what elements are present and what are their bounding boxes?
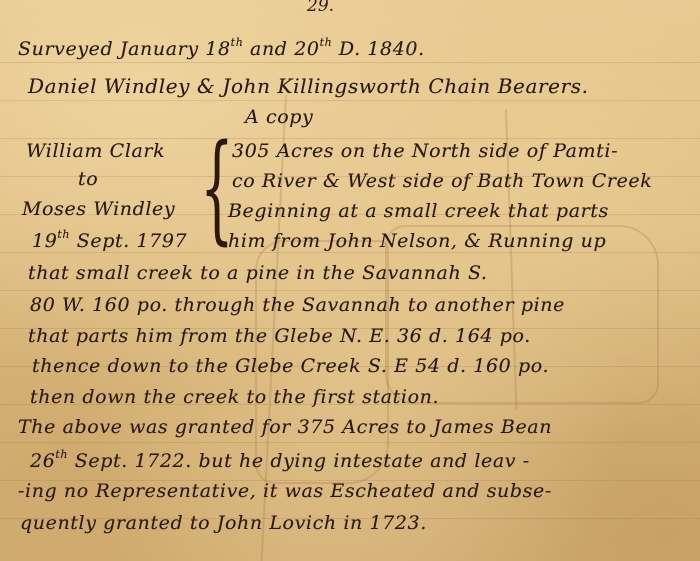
superscript: th (320, 36, 333, 49)
body-line: The above was granted for 375 Acres to J… (18, 416, 552, 438)
body-line: 80 W. 160 po. through the Savannah to an… (30, 294, 565, 316)
copy-note: A copy (245, 106, 313, 128)
body-line: that small creek to a pine in the Savann… (28, 262, 488, 284)
grantor-name: William Clark (26, 140, 165, 162)
date-day: 19 (32, 230, 57, 252)
manuscript-page: 29. Surveyed January 18th and 20th D. 18… (0, 0, 700, 561)
to-label: to (78, 168, 98, 190)
superscript: th (231, 36, 244, 49)
survey-text: D. 1840. (332, 38, 424, 60)
body-line: him from John Nelson, & Running up (228, 230, 606, 252)
grantee-name: Moses Windley (22, 198, 175, 220)
grant-date: 19th Sept. 1797 (32, 228, 187, 252)
ruled-line (0, 252, 700, 253)
chain-bearers-line: Daniel Windley & John Killingsworth Chai… (28, 74, 589, 98)
body-text: Sept. 1722. but he dying intestate and l… (68, 450, 530, 472)
body-line: 305 Acres on the North side of Pamti- (232, 140, 618, 162)
superscript: th (57, 228, 70, 241)
date-rest: Sept. 1797 (70, 230, 187, 252)
body-line: co River & West side of Bath Town Creek (232, 170, 652, 192)
survey-date-line: Surveyed January 18th and 20th D. 1840. (18, 36, 425, 60)
body-line: thence down to the Glebe Creek S. E 54 d… (32, 355, 549, 377)
body-line: that parts him from the Glebe N. E. 36 d… (28, 325, 531, 347)
body-line: then down the creek to the first station… (30, 386, 439, 408)
curly-brace: { (200, 128, 234, 246)
survey-text: Surveyed January 18 (18, 38, 231, 60)
superscript: th (55, 448, 68, 461)
body-line: Beginning at a small creek that parts (228, 200, 609, 222)
page-number: 29. (307, 0, 334, 16)
ruled-line (0, 62, 700, 63)
body-line: quently granted to John Lovich in 1723. (20, 512, 427, 534)
survey-text: and 20 (243, 38, 319, 60)
ruled-line (0, 290, 700, 291)
ruled-line (0, 100, 700, 101)
ruled-line (0, 442, 700, 443)
body-line: 26th Sept. 1722. but he dying intestate … (30, 448, 530, 472)
date-day: 26 (30, 450, 55, 472)
ruled-line (0, 138, 700, 139)
body-line: -ing no Representative, it was Escheated… (18, 480, 552, 502)
